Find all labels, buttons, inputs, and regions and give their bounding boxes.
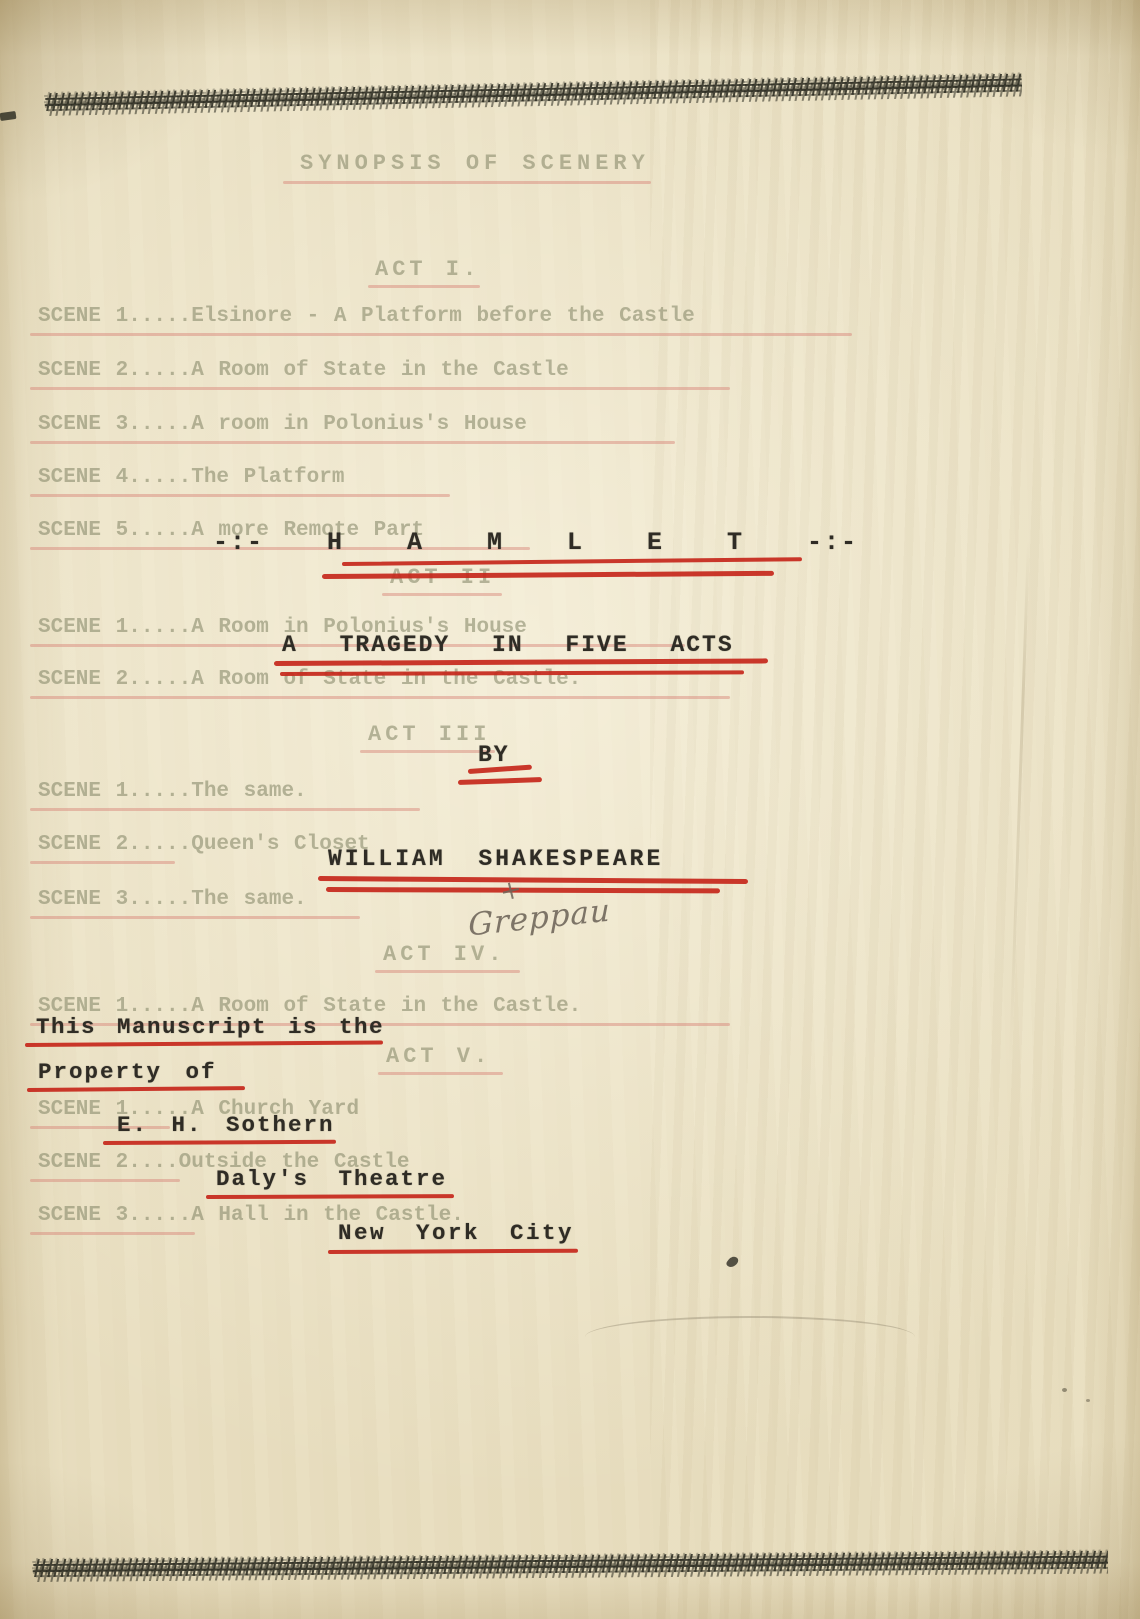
bleedthrough-line: SCENE 1.....The same. xyxy=(38,780,307,803)
by-label: BY xyxy=(478,742,510,768)
bleedthrough-underline xyxy=(368,285,480,288)
owner-name: E. H. Sothern xyxy=(117,1112,335,1138)
bleedthrough-line: SCENE 3.....A room in Polonius's House xyxy=(38,413,527,436)
bleedthrough-underline xyxy=(30,861,175,864)
bleedthrough-line: ACT III xyxy=(368,722,490,747)
bleedthrough-underline xyxy=(30,916,360,919)
bleedthrough-line: SCENE 1.....Elsinore - A Platform before… xyxy=(38,305,695,328)
bleedthrough-line: SCENE 4.....The Platform xyxy=(38,466,344,489)
faint-pencil-arc xyxy=(585,1316,915,1358)
bleedthrough-underline xyxy=(30,808,420,811)
bleedthrough-underline xyxy=(378,1072,503,1075)
bleedthrough-underline xyxy=(283,181,651,184)
bleedthrough-underline xyxy=(382,593,502,596)
ownership-line-2: Property of xyxy=(38,1059,217,1085)
bleedthrough-underline xyxy=(30,441,675,444)
bleedthrough-line: ACT V. xyxy=(386,1044,491,1069)
bleedthrough-line: ACT I. xyxy=(375,257,480,282)
bleedthrough-line: SCENE 2.....A Room of State in the Castl… xyxy=(38,359,569,382)
manuscript-title-page: SYNOPSIS OF SCENERYACT I.SCENE 1.....Els… xyxy=(0,0,1140,1619)
bleedthrough-underline xyxy=(375,970,520,973)
paper-speck xyxy=(1062,1388,1067,1392)
bleedthrough-line: ACT IV. xyxy=(383,942,505,967)
play-title: -:- H A M L E T -:- xyxy=(213,528,858,557)
ownership-line-1: This Manuscript is the xyxy=(36,1014,384,1040)
city-name: New York City xyxy=(338,1220,574,1246)
bleedthrough-line: SCENE 2.....Queen's Closet xyxy=(38,833,370,856)
paper-speck xyxy=(1086,1399,1090,1402)
bleedthrough-underline xyxy=(360,750,495,753)
bleedthrough-underline xyxy=(30,494,450,497)
bleedthrough-line: SCENE 3.....The same. xyxy=(38,888,307,911)
bleedthrough-underline xyxy=(30,387,730,390)
bleedthrough-underline xyxy=(30,333,852,336)
bleedthrough-underline xyxy=(30,1232,195,1235)
bleedthrough-layer: SYNOPSIS OF SCENERYACT I.SCENE 1.....Els… xyxy=(0,0,1140,1619)
author-name: WILLIAM SHAKESPEARE xyxy=(328,846,663,872)
bleedthrough-underline xyxy=(30,696,730,699)
subtitle: A TRAGEDY IN FIVE ACTS xyxy=(282,632,734,658)
bleedthrough-underline xyxy=(30,1179,180,1182)
bleedthrough-line: SYNOPSIS OF SCENERY xyxy=(300,151,650,176)
theatre-name: Daly's Theatre xyxy=(216,1166,447,1192)
